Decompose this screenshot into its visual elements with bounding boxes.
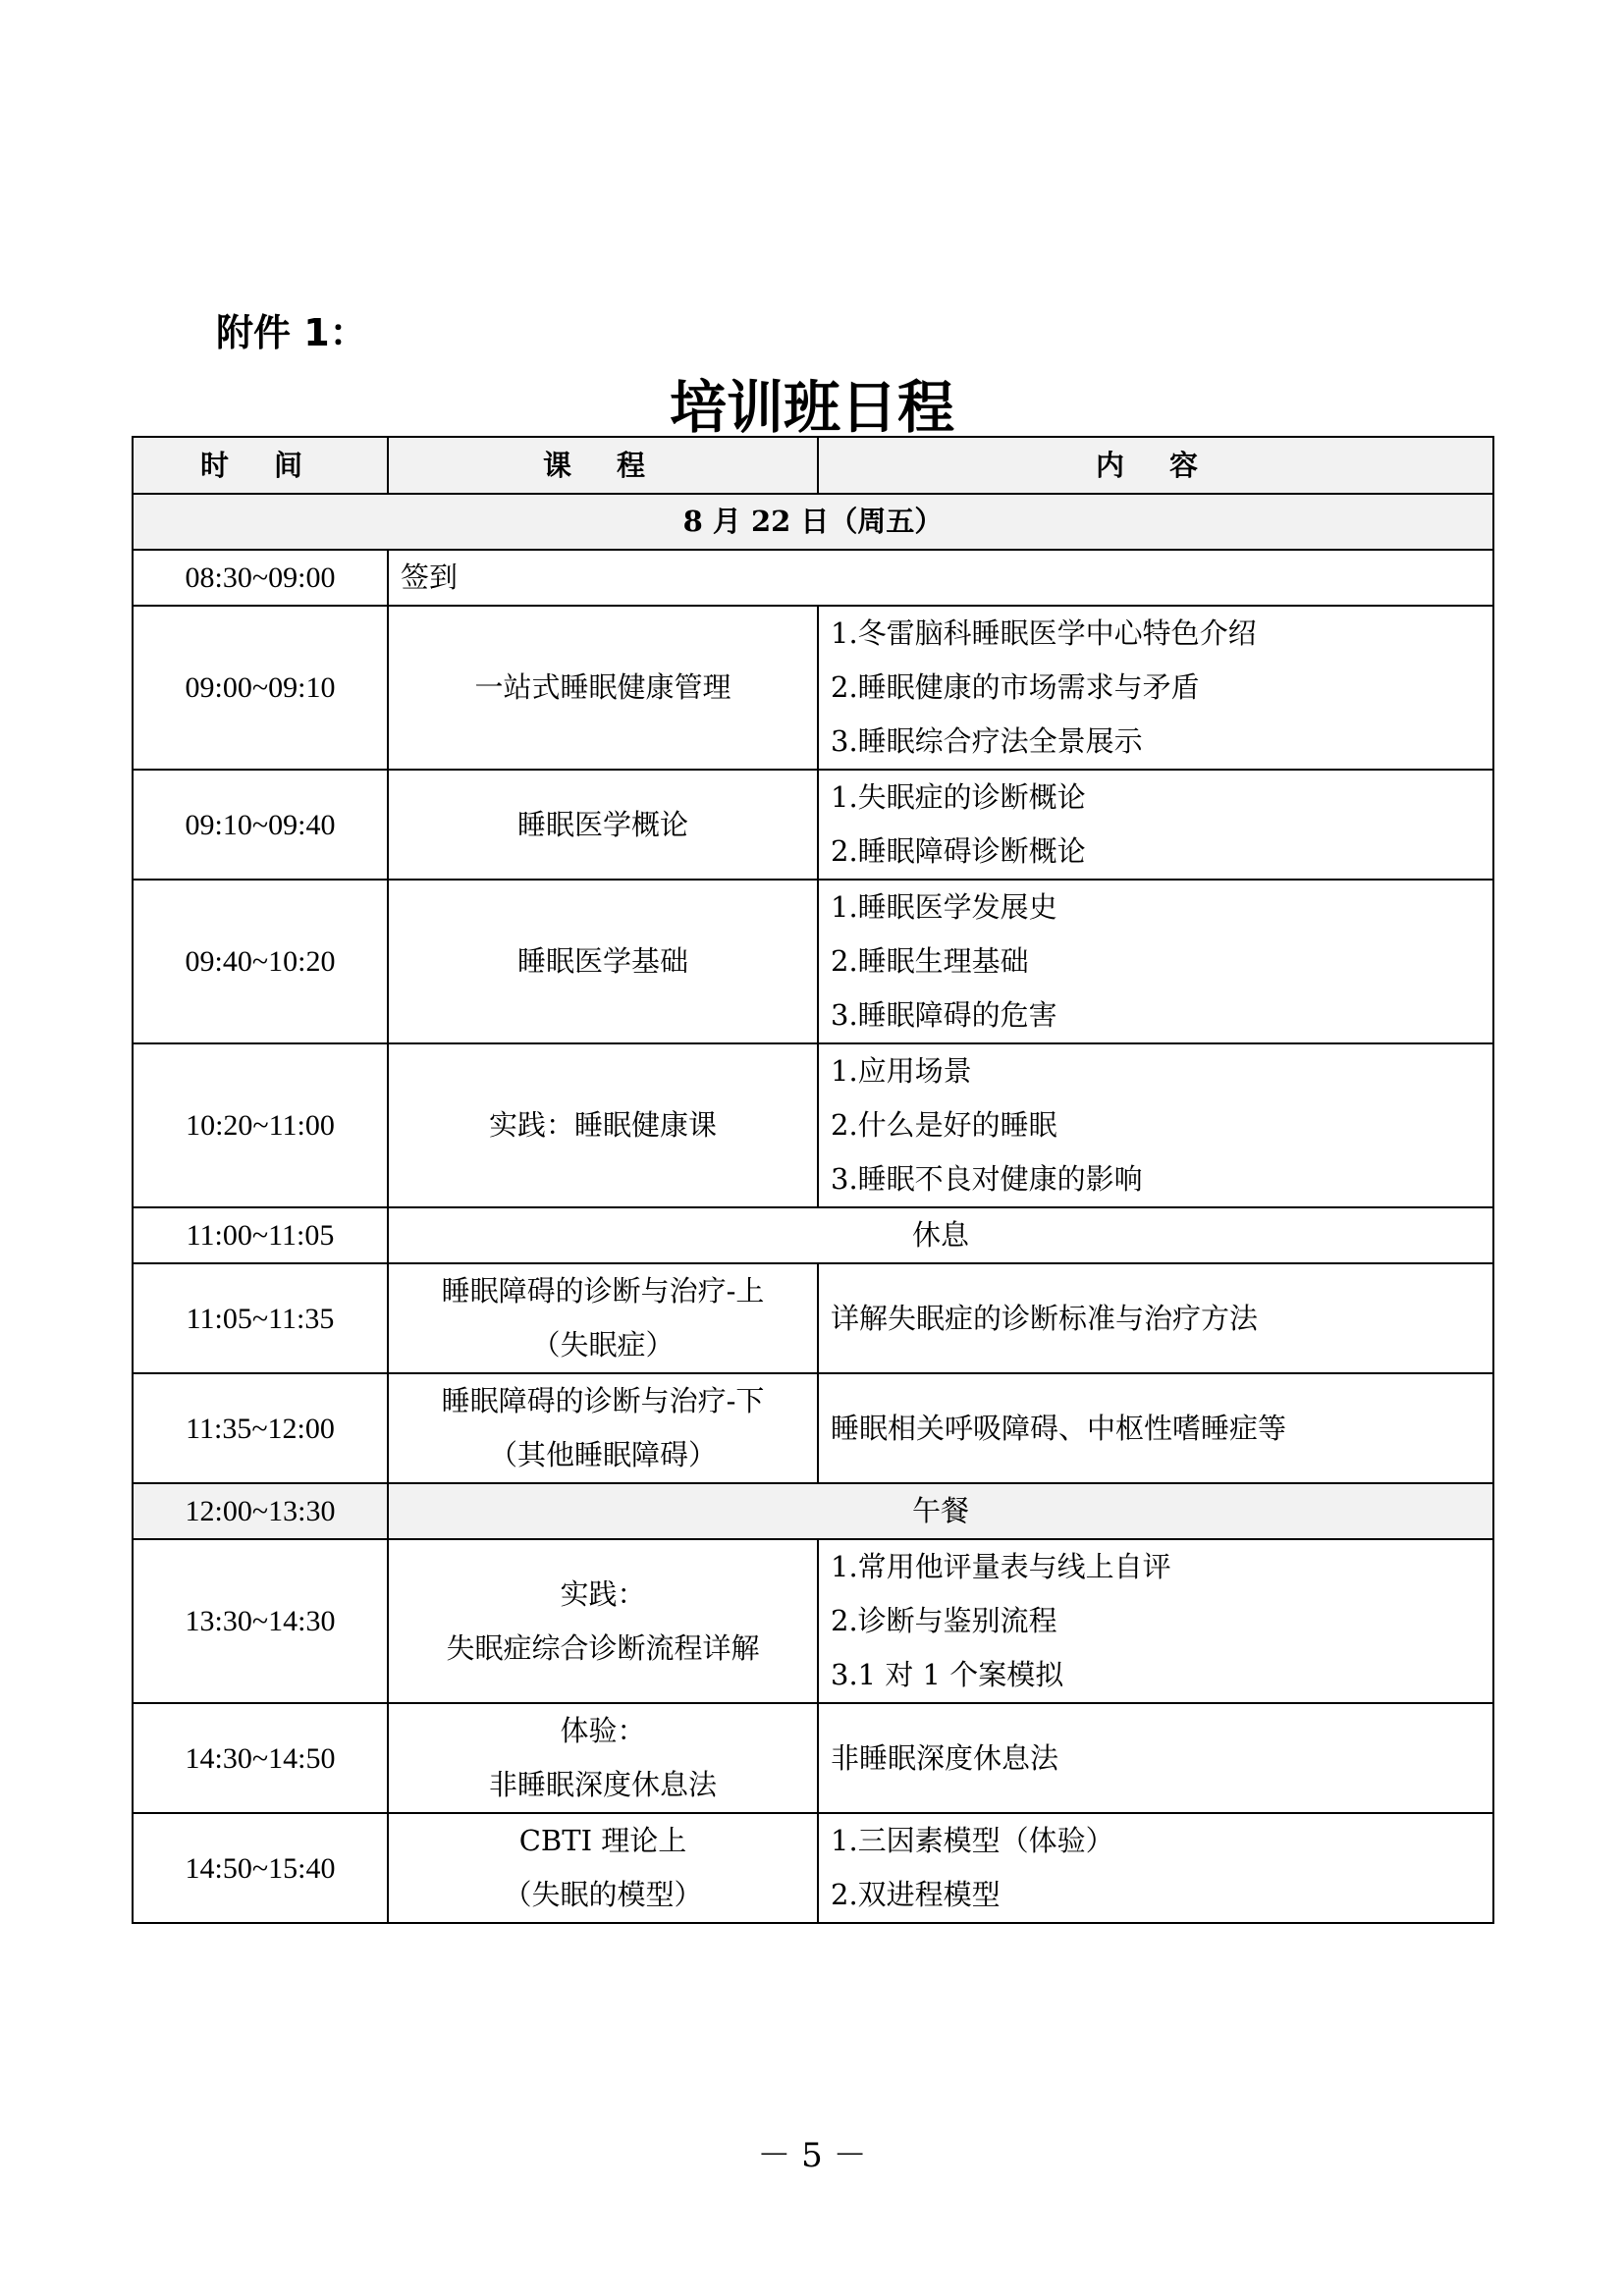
time-cell: 13:30~14:30: [133, 1539, 388, 1703]
header-course: 课 程: [388, 437, 818, 494]
content-line: 3.睡眠不良对健康的影响: [831, 1152, 1481, 1206]
time-cell: 11:00~11:05: [133, 1207, 388, 1263]
course-line: CBTI 理论上: [401, 1814, 805, 1868]
header-content: 内 容: [818, 437, 1493, 494]
page-number: － 5 －: [0, 2128, 1624, 2176]
course-cell: 实践：失眠症综合诊断流程详解: [388, 1539, 818, 1703]
course-line: 体验：: [401, 1704, 805, 1758]
content-line: 1.失眠症的诊断概论: [831, 771, 1481, 825]
course-line: （失眠的模型）: [401, 1868, 805, 1922]
course-cell: 睡眠障碍的诊断与治疗-上（失眠症）: [388, 1263, 818, 1373]
content-line: 2.什么是好的睡眠: [831, 1098, 1481, 1152]
course-cell: 睡眠障碍的诊断与治疗-下（其他睡眠障碍）: [388, 1373, 818, 1483]
table-row: 14:30~14:50体验：非睡眠深度休息法非睡眠深度休息法: [133, 1703, 1493, 1813]
course-line: 实践：睡眠健康课: [401, 1098, 805, 1152]
table-row: 14:50~15:40CBTI 理论上（失眠的模型）1.三因素模型（体验）2.双…: [133, 1813, 1493, 1923]
table-row: 08:30~09:00签到: [133, 550, 1493, 606]
content-line: 睡眠相关呼吸障碍、中枢性嗜睡症等: [831, 1402, 1481, 1456]
content-cell: 1.失眠症的诊断概论2.睡眠障碍诊断概论: [818, 770, 1493, 880]
time-cell: 11:35~12:00: [133, 1373, 388, 1483]
course-cell: 睡眠医学基础: [388, 880, 818, 1043]
content-line: 1.睡眠医学发展史: [831, 881, 1481, 934]
content-line: 1.常用他评量表与线上自评: [831, 1540, 1481, 1594]
course-cell: 签到: [388, 550, 1493, 606]
course-line: 睡眠医学基础: [401, 934, 805, 988]
table-header: 时 间 课 程 内 容: [133, 437, 1493, 494]
content-line: 1.三因素模型（体验）: [831, 1814, 1481, 1868]
content-cell: 详解失眠症的诊断标准与治疗方法: [818, 1263, 1493, 1373]
schedule-table: 时 间 课 程 内 容 8 月 22 日（周五） 08:30~09:00签到09…: [132, 436, 1494, 1924]
course-line: 一站式睡眠健康管理: [401, 661, 805, 715]
table-row: 11:05~11:35睡眠障碍的诊断与治疗-上（失眠症）详解失眠症的诊断标准与治…: [133, 1263, 1493, 1373]
content-line: 2.睡眠生理基础: [831, 934, 1481, 988]
date-row: 8 月 22 日（周五）: [133, 494, 1493, 550]
course-line: 睡眠障碍的诊断与治疗-下: [401, 1374, 805, 1428]
table-row: 09:40~10:20睡眠医学基础1.睡眠医学发展史2.睡眠生理基础3.睡眠障碍…: [133, 880, 1493, 1043]
content-line: 详解失眠症的诊断标准与治疗方法: [831, 1292, 1481, 1346]
course-line: （失眠症）: [401, 1318, 805, 1372]
course-line: 睡眠障碍的诊断与治疗-上: [401, 1264, 805, 1318]
course-cell: 一站式睡眠健康管理: [388, 606, 818, 770]
table-row: 13:30~14:30实践：失眠症综合诊断流程详解1.常用他评量表与线上自评2.…: [133, 1539, 1493, 1703]
course-line: 睡眠医学概论: [401, 798, 805, 852]
time-cell: 09:00~09:10: [133, 606, 388, 770]
header-time: 时 间: [133, 437, 388, 494]
content-line: 2.诊断与鉴别流程: [831, 1594, 1481, 1648]
table-row: 09:10~09:40睡眠医学概论1.失眠症的诊断概论2.睡眠障碍诊断概论: [133, 770, 1493, 880]
content-line: 2.双进程模型: [831, 1868, 1481, 1922]
course-cell: 休息: [388, 1207, 1493, 1263]
page-title: 培训班日程: [0, 361, 1624, 444]
time-cell: 14:30~14:50: [133, 1703, 388, 1813]
content-cell: 非睡眠深度休息法: [818, 1703, 1493, 1813]
attachment-label: 附件 1：: [216, 302, 367, 356]
time-cell: 12:00~13:30: [133, 1483, 388, 1539]
time-cell: 09:10~09:40: [133, 770, 388, 880]
time-cell: 09:40~10:20: [133, 880, 388, 1043]
date-label: 8 月 22 日（周五）: [133, 494, 1493, 550]
course-cell: 体验：非睡眠深度休息法: [388, 1703, 818, 1813]
content-cell: 1.三因素模型（体验）2.双进程模型: [818, 1813, 1493, 1923]
content-line: 2.睡眠健康的市场需求与矛盾: [831, 661, 1481, 715]
content-line: 3.睡眠障碍的危害: [831, 988, 1481, 1042]
course-cell: 午餐: [388, 1483, 1493, 1539]
content-cell: 1.睡眠医学发展史2.睡眠生理基础3.睡眠障碍的危害: [818, 880, 1493, 1043]
table-row: 11:00~11:05休息: [133, 1207, 1493, 1263]
content-line: 2.睡眠障碍诊断概论: [831, 825, 1481, 879]
content-cell: 1.应用场景2.什么是好的睡眠3.睡眠不良对健康的影响: [818, 1043, 1493, 1207]
content-line: 3.1 对 1 个案模拟: [831, 1648, 1481, 1702]
time-cell: 11:05~11:35: [133, 1263, 388, 1373]
course-line: （其他睡眠障碍）: [401, 1428, 805, 1482]
table-row: 10:20~11:00实践：睡眠健康课1.应用场景2.什么是好的睡眠3.睡眠不良…: [133, 1043, 1493, 1207]
table-row: 09:00~09:10一站式睡眠健康管理1.冬雷脑科睡眠医学中心特色介绍2.睡眠…: [133, 606, 1493, 770]
content-cell: 1.常用他评量表与线上自评2.诊断与鉴别流程3.1 对 1 个案模拟: [818, 1539, 1493, 1703]
course-line: 非睡眠深度休息法: [401, 1758, 805, 1812]
content-line: 非睡眠深度休息法: [831, 1732, 1481, 1786]
course-cell: 睡眠医学概论: [388, 770, 818, 880]
table-row: 11:35~12:00睡眠障碍的诊断与治疗-下（其他睡眠障碍）睡眠相关呼吸障碍、…: [133, 1373, 1493, 1483]
content-line: 1.冬雷脑科睡眠医学中心特色介绍: [831, 607, 1481, 661]
time-cell: 14:50~15:40: [133, 1813, 388, 1923]
time-cell: 10:20~11:00: [133, 1043, 388, 1207]
course-line: 实践：: [401, 1568, 805, 1622]
time-cell: 08:30~09:00: [133, 550, 388, 606]
content-cell: 睡眠相关呼吸障碍、中枢性嗜睡症等: [818, 1373, 1493, 1483]
content-cell: 1.冬雷脑科睡眠医学中心特色介绍2.睡眠健康的市场需求与矛盾3.睡眠综合疗法全景…: [818, 606, 1493, 770]
table-row: 12:00~13:30午餐: [133, 1483, 1493, 1539]
course-cell: 实践：睡眠健康课: [388, 1043, 818, 1207]
course-line: 失眠症综合诊断流程详解: [401, 1622, 805, 1676]
course-cell: CBTI 理论上（失眠的模型）: [388, 1813, 818, 1923]
content-line: 3.睡眠综合疗法全景展示: [831, 715, 1481, 769]
content-line: 1.应用场景: [831, 1044, 1481, 1098]
